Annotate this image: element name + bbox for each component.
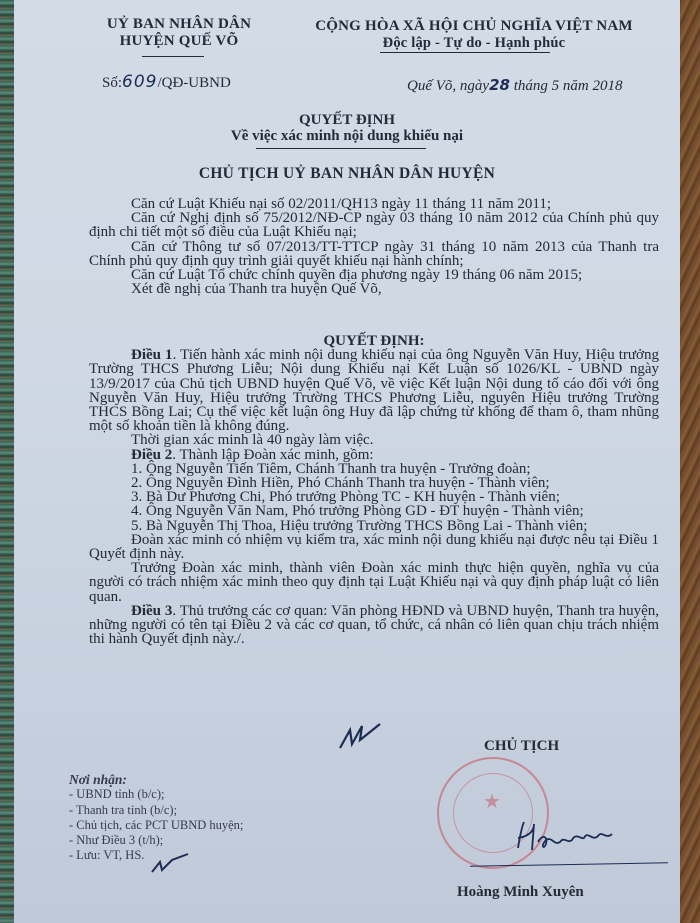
- nation-line1: CỘNG HÒA XÃ HỘI CHỦ NGHĨA VIỆT NAM: [304, 18, 644, 35]
- team-member: 4. Ông Nguyễn Văn Nam, Phó trưởng Phòng …: [89, 504, 659, 518]
- issuer-line2: HUYỆN QUẾ VÕ: [94, 33, 264, 50]
- number-prefix: Số:: [102, 75, 122, 91]
- issuer-line1: UỶ BAN NHÂN DÂN: [94, 16, 264, 33]
- signatory-name: Hoàng Minh Xuyên: [457, 884, 584, 901]
- initials-mark: [336, 718, 386, 752]
- team-duty: Đoàn xác minh có nhiệm vụ kiểm tra, xác …: [89, 533, 659, 561]
- article-3-text: . Thủ trưởng các cơ quan: Văn phòng HĐND…: [89, 603, 659, 647]
- decision-body: QUYẾT ĐỊNH: Điều 1. Tiến hành xác minh n…: [89, 334, 659, 646]
- document-number: Số:609/QĐ-UBND: [102, 72, 231, 92]
- issuer-block: UỶ BAN NHÂN DÂN HUYỆN QUẾ VÕ: [94, 16, 264, 50]
- recipient-item: - Chủ tịch, các PCT UBND huyện;: [69, 818, 243, 833]
- date-day-handwritten: 28: [489, 76, 510, 94]
- archive-initials-mark: [150, 852, 190, 874]
- date-prefix: Quế Võ, ngày: [407, 78, 489, 94]
- decision-heading: QUYẾT ĐỊNH:: [89, 334, 659, 348]
- team-member: 1. Ông Nguyễn Tiến Tiêm, Chánh Thanh tra…: [89, 462, 659, 476]
- legal-bases: Căn cứ Luật Khiếu nại số 02/2011/QH13 ng…: [89, 197, 659, 296]
- signature: [512, 818, 622, 858]
- team-member: 2. Ông Nguyễn Đình Hiền, Phó Chánh Thanh…: [89, 476, 659, 490]
- issuing-authority: CHỦ TỊCH UỶ BAN NHÂN DÂN HUYỆN: [14, 165, 680, 183]
- recipients-title: Nơi nhận:: [69, 772, 243, 787]
- article-1-text: . Tiến hành xác minh nội dung khiếu nại …: [89, 347, 659, 434]
- basis-item: Căn cứ Nghị định số 75/2012/NĐ-CP ngày 0…: [89, 211, 659, 239]
- recipient-item: - UBND tỉnh (b/c);: [69, 787, 243, 802]
- recipients-block: Nơi nhận: - UBND tỉnh (b/c); - Thanh tra…: [69, 772, 243, 864]
- recipient-item: - Như Điều 3 (t/h);: [69, 833, 243, 848]
- motto-underline: [380, 52, 550, 53]
- number-handwritten: 609: [122, 72, 157, 92]
- nation-motto: Độc lập - Tự do - Hạnh phúc: [304, 35, 644, 52]
- recipient-item: - Thanh tra tỉnh (b/c);: [69, 803, 243, 818]
- date-suffix: tháng 5 năm 2018: [514, 78, 623, 94]
- document-title: QUYẾT ĐỊNH: [14, 112, 680, 129]
- stamp-star-icon: ★: [483, 789, 501, 814]
- subtitle-underline: [256, 148, 426, 149]
- basis-item: Căn cứ Luật Tổ chức chính quyền địa phươ…: [89, 268, 659, 282]
- national-header: CỘNG HÒA XÃ HỘI CHỦ NGHĨA VIỆT NAM Độc l…: [304, 18, 644, 52]
- article-3: Điều 3. Thủ trưởng các cơ quan: Văn phòn…: [89, 604, 659, 647]
- basis-item: Căn cứ Thông tư số 07/2013/TT-TTCP ngày …: [89, 240, 659, 268]
- document-subtitle: Về việc xác minh nội dung khiếu nại: [14, 128, 680, 145]
- article-1: Điều 1. Tiến hành xác minh nội dung khiế…: [89, 348, 659, 433]
- document-page: UỶ BAN NHÂN DÂN HUYỆN QUẾ VÕ Số:609/QĐ-U…: [14, 0, 680, 923]
- issuer-underline: [142, 56, 204, 57]
- team-member: 5. Bà Nguyễn Thị Thoa, Hiệu trưởng Trườn…: [89, 519, 659, 533]
- issue-date: Quế Võ, ngày28 tháng 5 năm 2018: [407, 76, 622, 95]
- number-suffix: /QĐ-UBND: [157, 75, 230, 91]
- article-1-duration: Thời gian xác minh là 40 ngày làm việc.: [89, 433, 659, 447]
- team-rights: Trưởng Đoàn xác minh, thành viên Đoàn xá…: [89, 561, 659, 604]
- basis-item: Xét đề nghị của Thanh tra huyện Quế Võ,: [89, 282, 659, 296]
- article-2: Điều 2. Thành lập Đoàn xác minh, gồm:: [89, 448, 659, 462]
- signatory-title: CHỦ TỊCH: [484, 738, 559, 755]
- basis-item: Căn cứ Luật Khiếu nại số 02/2011/QH13 ng…: [89, 197, 659, 211]
